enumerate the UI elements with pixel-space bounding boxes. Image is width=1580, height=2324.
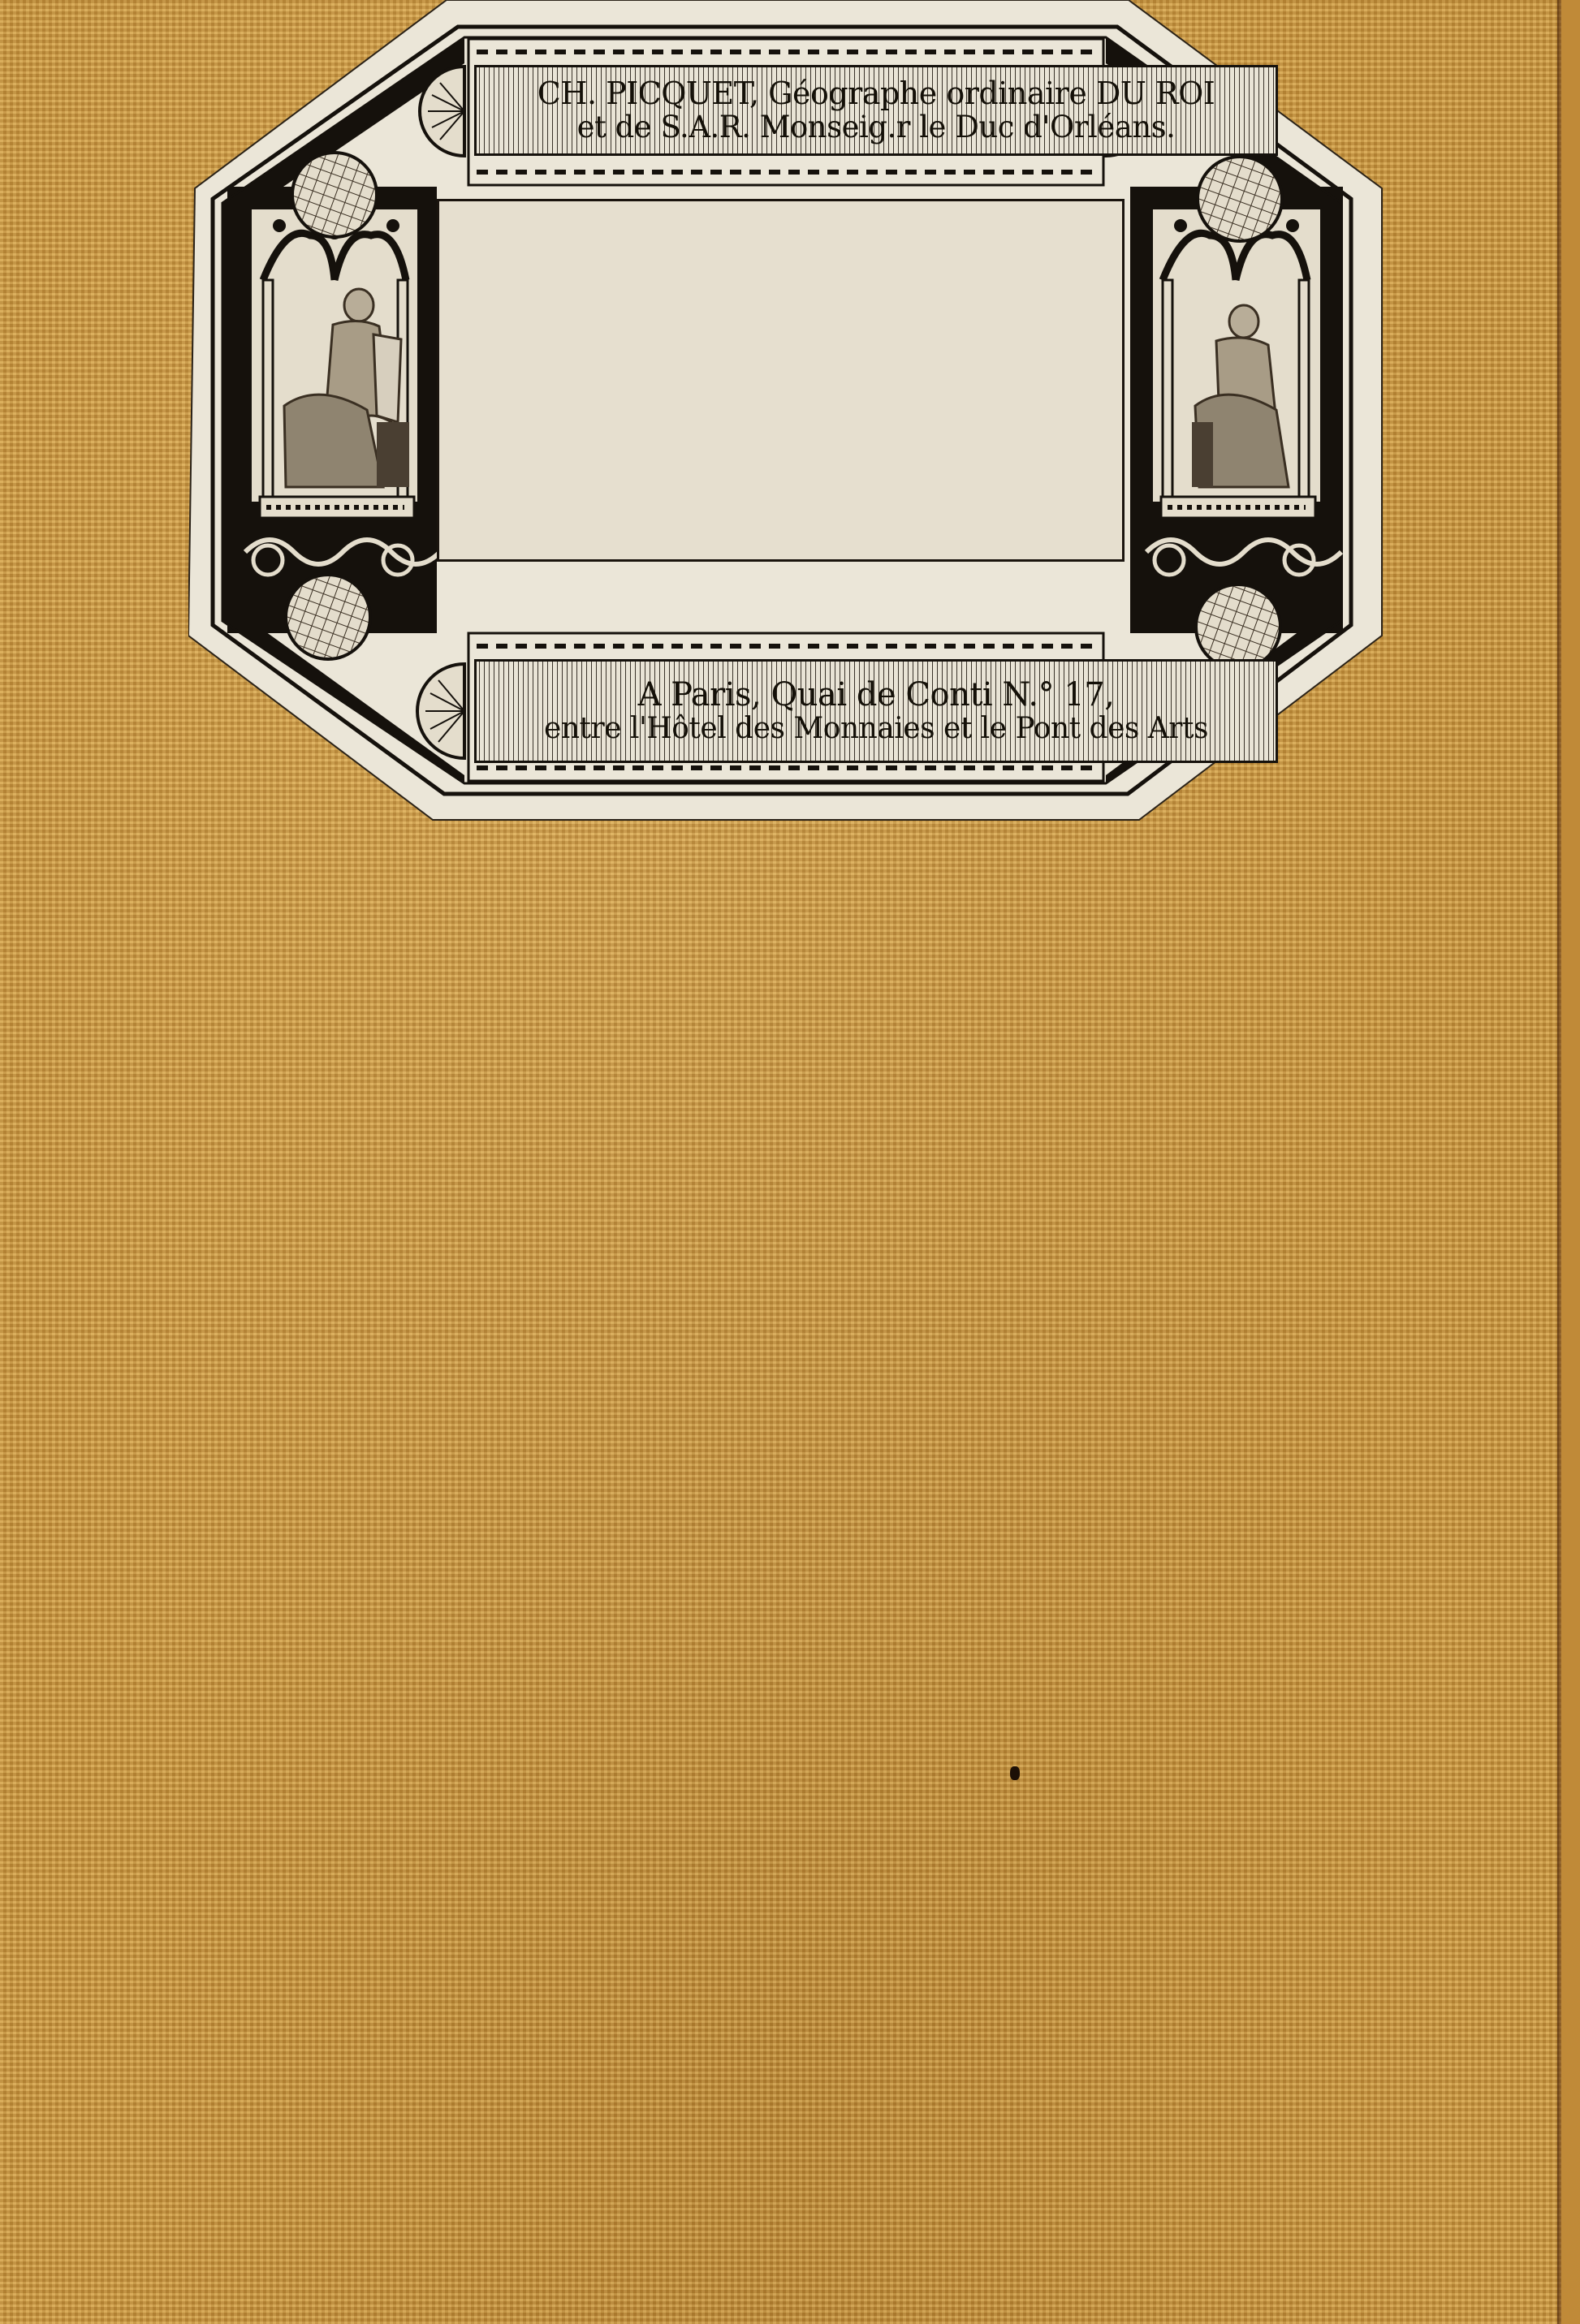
book-fore-edge <box>1561 0 1580 2324</box>
address-cartouche: A Paris, Quai de Conti N.° 17, entre l'H… <box>474 659 1278 763</box>
publisher-name-line: CH. PICQUET, Géographe ordinaire DU ROI <box>537 77 1215 111</box>
address-line-1: A Paris, Quai de Conti N.° 17, <box>638 677 1115 713</box>
blank-title-panel <box>437 199 1125 562</box>
publisher-name-cartouche: CH. PICQUET, Géographe ordinaire DU ROI … <box>474 65 1278 156</box>
address-line-2: entre l'Hôtel des Monnaies et le Pont de… <box>544 713 1208 745</box>
publisher-title-line: et de S.A.R. Monseig.r le Duc d'Orléans. <box>577 111 1176 144</box>
cloth-blemish <box>1010 1766 1020 1780</box>
publisher-label: CH. PICQUET, Géographe ordinaire DU ROI … <box>188 0 1384 821</box>
